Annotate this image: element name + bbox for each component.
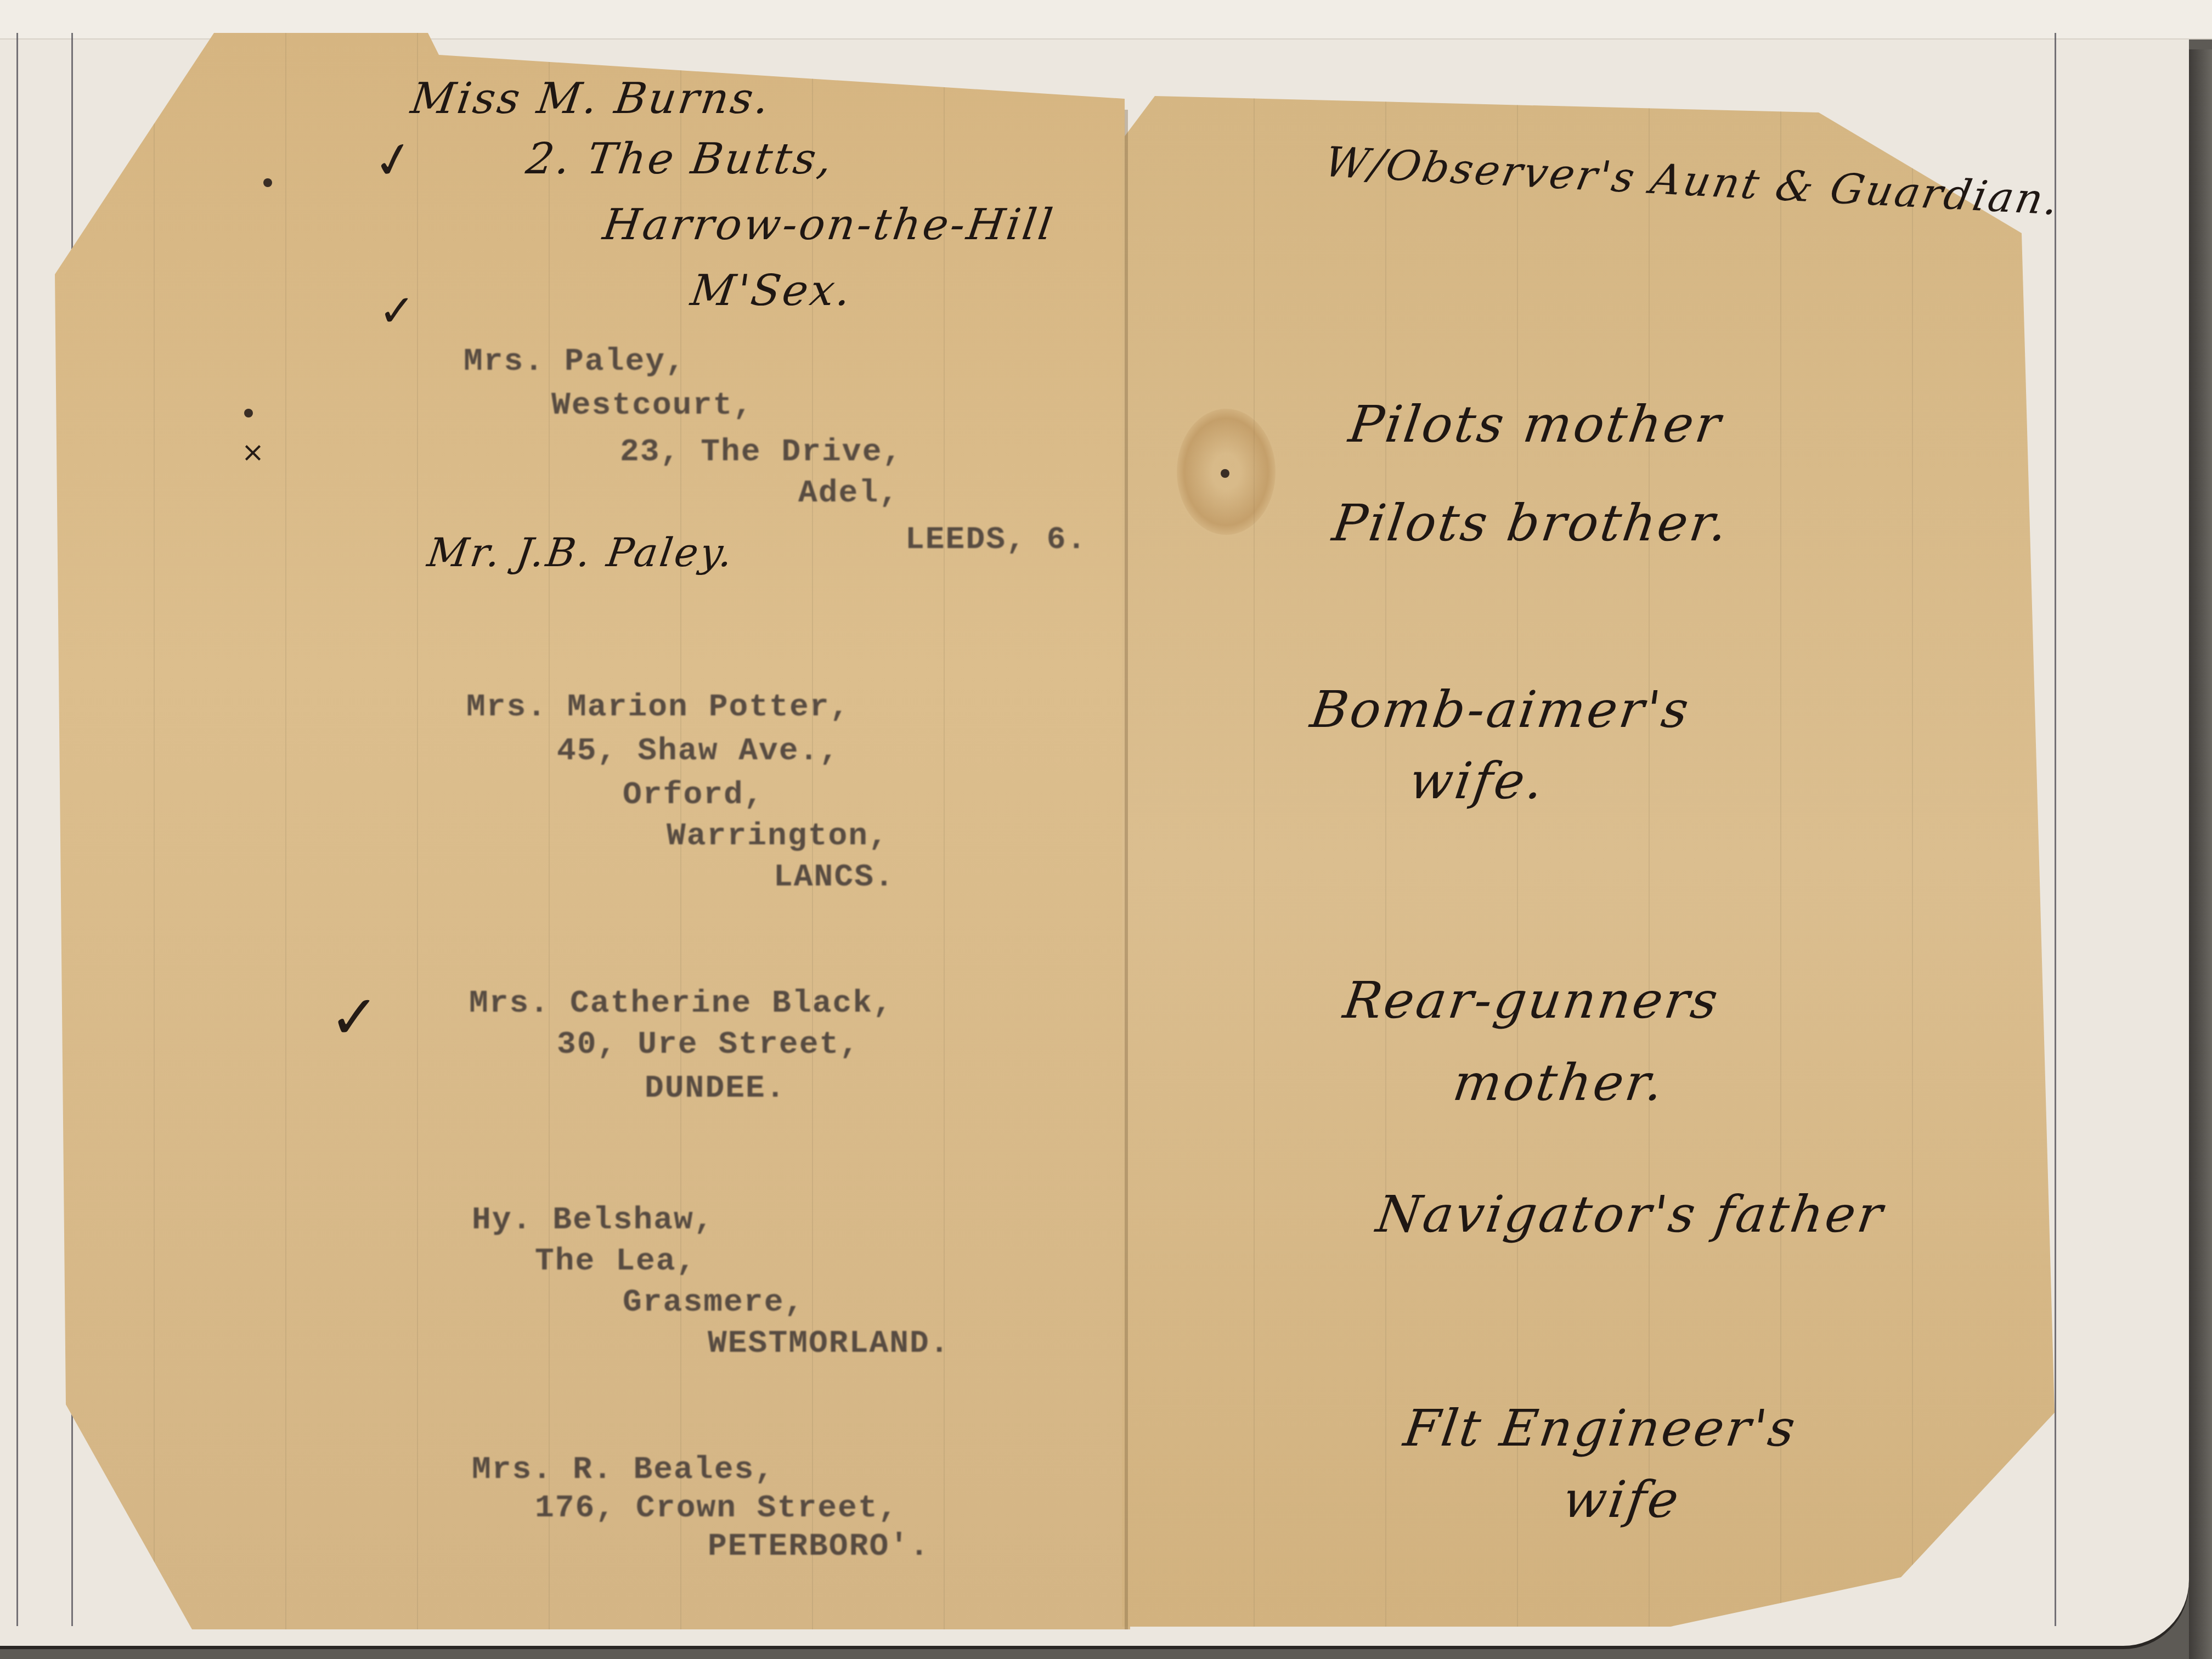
typed-line: PETERBORO'. — [708, 1525, 930, 1569]
typed-line: Mrs. Paley, — [464, 340, 686, 384]
typed-line: WESTMORLAND. — [708, 1322, 950, 1366]
note: Flt Engineer's — [1400, 1399, 1801, 1458]
note: Navigator's father — [1373, 1185, 1888, 1244]
typed-line: Mrs. Marion Potter, — [466, 686, 850, 730]
entry-line: Harrow-on-the-Hill — [600, 200, 1058, 250]
typed-line: DUNDEE. — [645, 1067, 786, 1111]
note: Pilots brother. — [1329, 494, 1733, 552]
typed-line: Orford, — [623, 774, 764, 817]
cross-mark: × — [241, 436, 264, 468]
left-sheet — [55, 33, 1130, 1629]
note: mother. — [1449, 1053, 1668, 1112]
handwritten-annotation: Mr. J.B. Paley. — [425, 529, 737, 575]
typed-line: LEEDS, 6. — [905, 518, 1087, 562]
check-mark: ✓ — [329, 982, 380, 1052]
typed-line: Hy. Belshaw, — [472, 1199, 714, 1243]
note: Bomb-aimer's — [1307, 680, 1694, 739]
typed-line: Adel, — [798, 472, 899, 516]
note: Rear-gunners — [1340, 971, 1723, 1030]
note: wife — [1559, 1470, 1684, 1529]
typed-line: Mrs. R. Beales, — [472, 1448, 775, 1492]
letter: ✓ Miss M. Burns. 2. The Butts, Harrow-on… — [0, 0, 2212, 1659]
entry-line: Miss M. Burns. — [408, 74, 775, 123]
typed-line: 176, Crown Street, — [535, 1487, 899, 1531]
punch-hole — [1221, 469, 1229, 478]
right-sheet — [1122, 96, 2055, 1627]
note: wife. — [1406, 752, 1549, 810]
punch-hole — [244, 409, 253, 417]
typed-line: 30, Ure Street, — [557, 1023, 860, 1067]
punch-hole — [263, 178, 272, 187]
entry-line: 2. The Butts, — [523, 134, 837, 184]
note: Pilots mother — [1345, 395, 1726, 454]
typed-line: The Lea, — [535, 1240, 696, 1284]
typed-line: Grasmere, — [623, 1281, 804, 1325]
entry-line: M'Sex. — [688, 266, 856, 315]
typed-line: Westcourt, — [551, 384, 753, 428]
typed-line: LANCS. — [774, 856, 895, 900]
typed-line: Warrington, — [667, 815, 889, 859]
check-mark: ✓ — [379, 285, 415, 336]
center-fold — [1125, 110, 1128, 1629]
typed-line: Mrs. Catherine Black, — [469, 982, 893, 1026]
typed-line: 45, Shaw Ave., — [557, 730, 839, 774]
typed-line: 23, The Drive, — [620, 431, 902, 475]
